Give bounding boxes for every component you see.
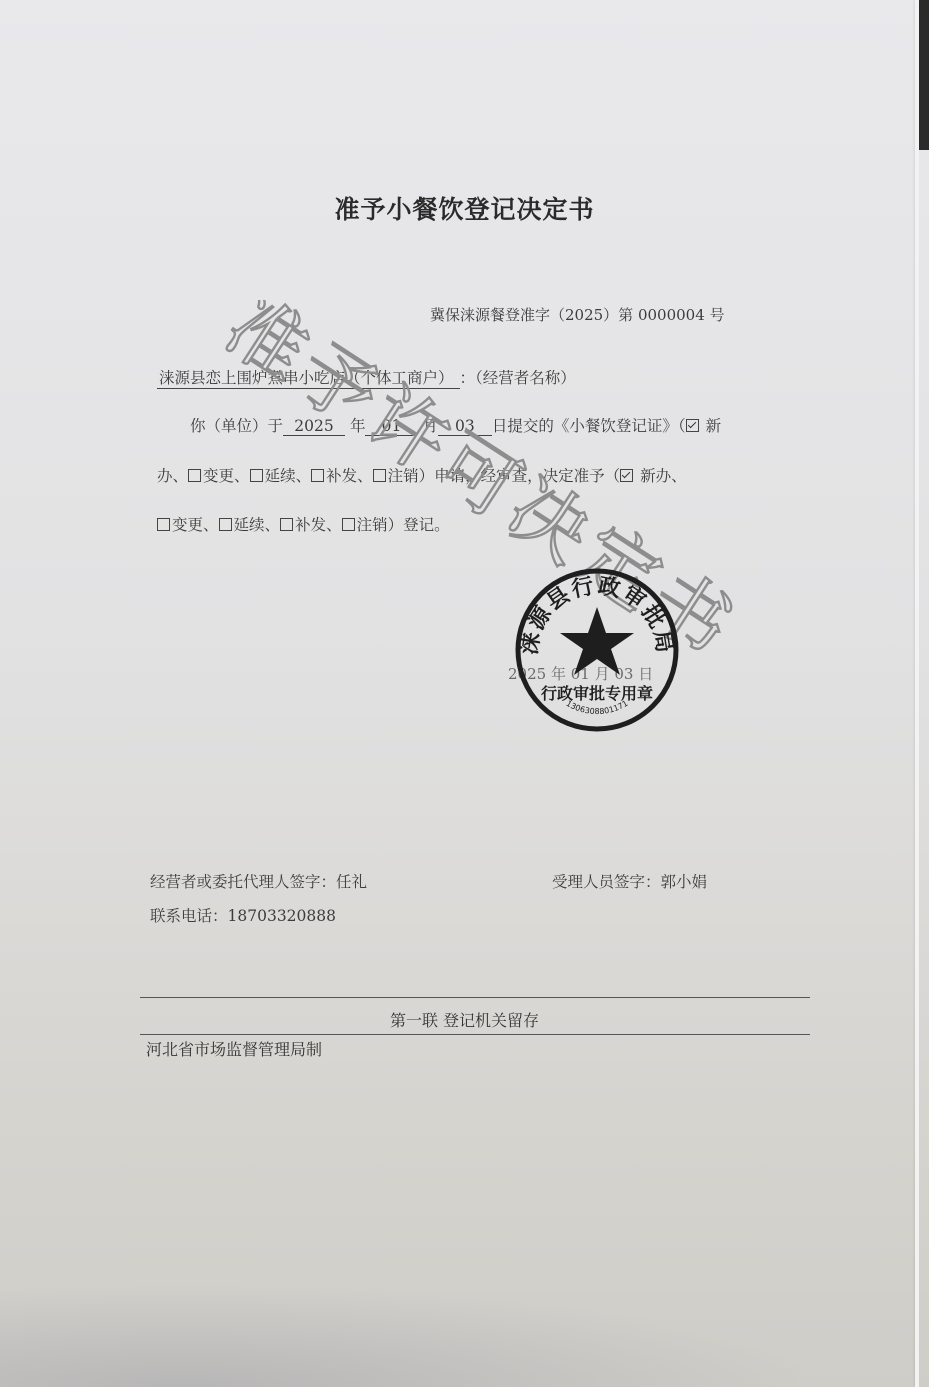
body-line-1: 你（单位）于2025 年01 月03日提交的《小餐饮登记证》（ 新 [190,414,721,436]
applied-reissue-label: 补发 [326,467,357,485]
granted-reissue-label: 补发 [295,516,326,534]
submit-month: 01 [365,417,417,436]
staff-signature-label: 受理人员签字： [552,873,661,891]
granted-new-label: 新办 [640,467,671,485]
year-label: 年 [350,417,366,435]
granted-renew-checkbox [219,518,232,531]
operator-signature-value: 任礼 [336,873,367,891]
applied-reissue-checkbox [311,469,324,482]
granted-new-checkbox [620,469,633,482]
phone-value: 18703320888 [228,907,336,925]
photo-shadow [0,1267,929,1387]
operator-line: 涞源县恋上围炉煮串小吃店（个体工商户）：（经营者名称） [157,366,576,389]
applied-cancel-checkbox [373,469,386,482]
granted-renew-label: 延续 [234,516,265,534]
submit-day: 03 [438,417,492,436]
operator-suffix: ：（经营者名称） [460,369,576,387]
body-line2-tail: 申请，经审查，决定准予（ [434,467,620,485]
staff-signature: 受理人员签字：郭小娟 [552,870,707,892]
official-seal: 涞源县行政审批局 行政审批专用章 1306308801171 [514,567,680,733]
granted-cancel-checkbox [342,518,355,531]
applied-renew-label: 延续 [265,467,296,485]
phone-label: 联系电话： [150,907,228,925]
applied-cancel-label: 注销 [388,467,419,485]
operator-signature: 经营者或委托代理人签字：任礼 [150,870,367,892]
granted-cancel-label: 注销 [357,516,388,534]
day-label: 日提交的《小餐饮登记证》（ [492,417,686,435]
granted-change-checkbox [157,518,170,531]
applied-change-label: 变更 [203,467,234,485]
divider-top [140,997,810,998]
contact-phone: 联系电话：18703320888 [150,904,336,926]
issuer: 河北省市场监督管理局制 [146,1037,322,1060]
applied-new-label: 新 [706,417,722,435]
granted-reissue-checkbox [280,518,293,531]
body-line-2: 办、变更、延续、补发、注销）申请，经审查，决定准予（ 新办、 [157,464,687,486]
applied-new-checkbox [686,419,699,432]
svg-text:行政审批专用章: 行政审批专用章 [541,684,653,703]
document-title: 准予小餐饮登记决定书 [0,190,929,226]
applied-new-tail: 办 [157,467,173,485]
staff-signature-value: 郭小娟 [661,873,708,891]
granted-change-label: 变更 [172,516,203,534]
applied-renew-checkbox [250,469,263,482]
copy-label: 第一联 登记机关留存 [0,1008,929,1031]
body-prefix: 你（单位）于 [190,417,283,435]
applied-change-checkbox [188,469,201,482]
body-line3-tail: 登记。 [403,516,450,534]
operator-signature-label: 经营者或委托代理人签字： [150,873,336,891]
month-label: 月 [422,417,438,435]
document-number: 冀保涞源餐登准字（2025）第 0000004 号 [430,304,725,325]
submit-year: 2025 [283,417,345,436]
operator-name: 涞源县恋上围炉煮串小吃店（个体工商户） [157,366,460,389]
body-line-3: 变更、延续、补发、注销）登记。 [157,513,450,535]
divider-bottom [140,1034,810,1035]
background-edge [919,0,929,150]
